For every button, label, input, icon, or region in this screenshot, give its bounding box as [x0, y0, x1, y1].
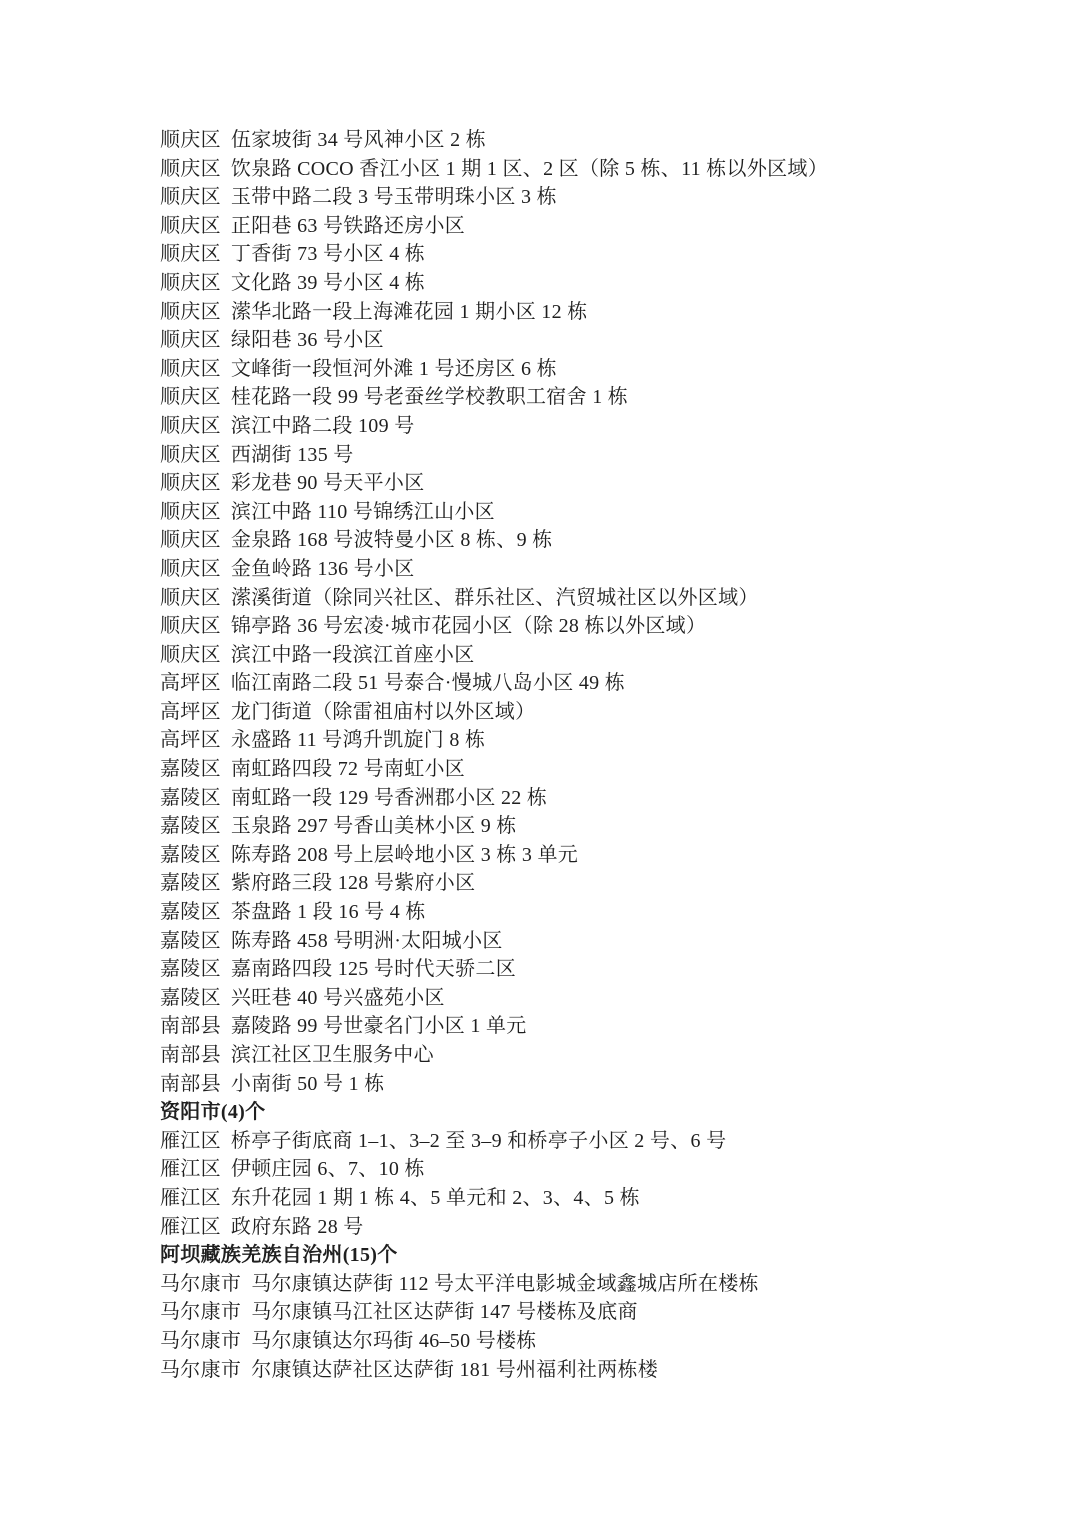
address-text: 伍家坡街 34 号风神小区 2 栋 [231, 129, 486, 151]
list-item: 顺庆区彩龙巷 90 号天平小区 [160, 469, 1040, 498]
address-text: 西湖街 135 号 [231, 444, 354, 466]
list-item: 顺庆区潆溪街道（除同兴社区、群乐社区、汽贸城社区以外区域） [160, 584, 1040, 613]
list-item: 马尔康市马尔康镇达萨街 112 号太平洋电影城金域鑫城店所在楼栋 [160, 1270, 1040, 1299]
address-text: 潆华北路一段上海滩花园 1 期小区 12 栋 [231, 301, 588, 323]
address-text: 陈寿路 458 号明洲·太阳城小区 [231, 930, 503, 952]
district-label: 嘉陵区 [160, 869, 221, 898]
list-item: 顺庆区正阳巷 63 号铁路还房小区 [160, 212, 1040, 241]
list-item: 顺庆区文化路 39 号小区 4 栋 [160, 269, 1040, 298]
district-label: 嘉陵区 [160, 755, 221, 784]
list-item: 马尔康市马尔康镇马江社区达萨街 147 号楼栋及底商 [160, 1298, 1040, 1327]
district-label: 顺庆区 [160, 526, 221, 555]
address-text: 文峰街一段恒河外滩 1 号还房区 6 栋 [231, 358, 557, 380]
district-label: 顺庆区 [160, 183, 221, 212]
address-text: 兴旺巷 40 号兴盛苑小区 [231, 987, 445, 1009]
address-text: 金鱼岭路 136 号小区 [231, 558, 415, 580]
list-item: 南部县嘉陵路 99 号世豪名门小区 1 单元 [160, 1012, 1040, 1041]
district-label: 顺庆区 [160, 584, 221, 613]
list-item: 顺庆区滨江中路二段 109 号 [160, 412, 1040, 441]
district-label: 嘉陵区 [160, 784, 221, 813]
list-item: 马尔康市尔康镇达萨社区达萨街 181 号州福利社两栋楼 [160, 1356, 1040, 1385]
address-text: 滨江中路二段 109 号 [231, 415, 415, 437]
document-body: 顺庆区伍家坡街 34 号风神小区 2 栋顺庆区饮泉路 COCO 香江小区 1 期… [160, 126, 1040, 1384]
list-item: 顺庆区饮泉路 COCO 香江小区 1 期 1 区、2 区（除 5 栋、11 栋以… [160, 155, 1040, 184]
list-item: 顺庆区文峰街一段恒河外滩 1 号还房区 6 栋 [160, 355, 1040, 384]
district-label: 马尔康市 [160, 1270, 241, 1299]
list-item: 嘉陵区南虹路一段 129 号香洲郡小区 22 栋 [160, 784, 1040, 813]
list-item: 顺庆区伍家坡街 34 号风神小区 2 栋 [160, 126, 1040, 155]
district-label: 雁江区 [160, 1213, 221, 1242]
address-text: 滨江社区卫生服务中心 [231, 1044, 434, 1066]
list-item: 高坪区龙门街道（除雷祖庙村以外区域） [160, 698, 1040, 727]
district-label: 马尔康市 [160, 1298, 241, 1327]
district-label: 嘉陵区 [160, 841, 221, 870]
district-label: 高坪区 [160, 698, 221, 727]
district-label: 顺庆区 [160, 469, 221, 498]
district-label: 顺庆区 [160, 412, 221, 441]
address-text: 临江南路二段 51 号泰合·慢城八岛小区 49 栋 [231, 672, 625, 694]
list-item: 嘉陵区兴旺巷 40 号兴盛苑小区 [160, 984, 1040, 1013]
district-label: 顺庆区 [160, 155, 221, 184]
address-text: 永盛路 11 号鸿升凯旋门 8 栋 [231, 729, 485, 751]
district-label: 顺庆区 [160, 441, 221, 470]
list-item: 嘉陵区南虹路四段 72 号南虹小区 [160, 755, 1040, 784]
address-text: 绿阳巷 36 号小区 [231, 329, 384, 351]
address-text: 桥亭子街底商 1–1、3–2 至 3–9 和桥亭子小区 2 号、6 号 [231, 1130, 727, 1152]
address-text: 正阳巷 63 号铁路还房小区 [231, 215, 465, 237]
district-label: 雁江区 [160, 1184, 221, 1213]
district-label: 顺庆区 [160, 212, 221, 241]
district-label: 南部县 [160, 1041, 221, 1070]
list-item: 南部县滨江社区卫生服务中心 [160, 1041, 1040, 1070]
list-item: 顺庆区金鱼岭路 136 号小区 [160, 555, 1040, 584]
district-label: 顺庆区 [160, 298, 221, 327]
list-item: 雁江区桥亭子街底商 1–1、3–2 至 3–9 和桥亭子小区 2 号、6 号 [160, 1127, 1040, 1156]
address-text: 陈寿路 208 号上层岭地小区 3 栋 3 单元 [231, 844, 578, 866]
district-label: 雁江区 [160, 1155, 221, 1184]
address-text: 尔康镇达萨社区达萨街 181 号州福利社两栋楼 [251, 1359, 658, 1381]
district-label: 顺庆区 [160, 612, 221, 641]
address-text: 滨江中路 110 号锦绣江山小区 [231, 501, 495, 523]
address-text: 紫府路三段 128 号紫府小区 [231, 872, 476, 894]
address-text: 嘉陵路 99 号世豪名门小区 1 单元 [231, 1015, 527, 1037]
district-label: 顺庆区 [160, 383, 221, 412]
address-text: 小南街 50 号 1 栋 [231, 1073, 385, 1095]
district-label: 南部县 [160, 1012, 221, 1041]
list-item: 马尔康市马尔康镇达尔玛街 46–50 号楼栋 [160, 1327, 1040, 1356]
list-item: 顺庆区滨江中路 110 号锦绣江山小区 [160, 498, 1040, 527]
district-label: 顺庆区 [160, 269, 221, 298]
district-label: 顺庆区 [160, 641, 221, 670]
address-text: 嘉南路四段 125 号时代天骄二区 [231, 958, 516, 980]
address-text: 玉带中路二段 3 号玉带明珠小区 3 栋 [231, 186, 557, 208]
district-label: 嘉陵区 [160, 812, 221, 841]
address-text: 茶盘路 1 段 16 号 4 栋 [231, 901, 426, 923]
list-item: 顺庆区桂花路一段 99 号老蚕丝学校教职工宿舍 1 栋 [160, 383, 1040, 412]
address-text: 龙门街道（除雷祖庙村以外区域） [231, 701, 536, 723]
section-header: 阿坝藏族羌族自治州(15)个 [160, 1241, 1040, 1270]
list-item: 雁江区东升花园 1 期 1 栋 4、5 单元和 2、3、4、5 栋 [160, 1184, 1040, 1213]
list-item: 嘉陵区紫府路三段 128 号紫府小区 [160, 869, 1040, 898]
district-label: 高坪区 [160, 726, 221, 755]
address-text: 东升花园 1 期 1 栋 4、5 单元和 2、3、4、5 栋 [231, 1187, 640, 1209]
district-label: 嘉陵区 [160, 898, 221, 927]
district-label: 嘉陵区 [160, 927, 221, 956]
list-item: 雁江区伊顿庄园 6、7、10 栋 [160, 1155, 1040, 1184]
address-text: 丁香街 73 号小区 4 栋 [231, 243, 425, 265]
address-text: 滨江中路一段滨江首座小区 [231, 644, 475, 666]
address-text: 饮泉路 COCO 香江小区 1 期 1 区、2 区（除 5 栋、11 栋以外区域… [231, 158, 828, 180]
district-label: 马尔康市 [160, 1327, 241, 1356]
address-text: 文化路 39 号小区 4 栋 [231, 272, 425, 294]
district-label: 顺庆区 [160, 498, 221, 527]
address-text: 马尔康镇达萨街 112 号太平洋电影城金域鑫城店所在楼栋 [251, 1273, 759, 1295]
district-label: 顺庆区 [160, 126, 221, 155]
list-item: 顺庆区玉带中路二段 3 号玉带明珠小区 3 栋 [160, 183, 1040, 212]
list-item: 南部县小南街 50 号 1 栋 [160, 1070, 1040, 1099]
district-label: 顺庆区 [160, 240, 221, 269]
address-text: 彩龙巷 90 号天平小区 [231, 472, 425, 494]
list-item: 顺庆区丁香街 73 号小区 4 栋 [160, 240, 1040, 269]
list-item: 顺庆区金泉路 168 号波特曼小区 8 栋、9 栋 [160, 526, 1040, 555]
district-label: 雁江区 [160, 1127, 221, 1156]
district-label: 高坪区 [160, 669, 221, 698]
district-label: 顺庆区 [160, 355, 221, 384]
document-page: 顺庆区伍家坡街 34 号风神小区 2 栋顺庆区饮泉路 COCO 香江小区 1 期… [0, 0, 1080, 1526]
list-item: 高坪区永盛路 11 号鸿升凯旋门 8 栋 [160, 726, 1040, 755]
list-item: 嘉陵区玉泉路 297 号香山美林小区 9 栋 [160, 812, 1040, 841]
address-text: 伊顿庄园 6、7、10 栋 [231, 1158, 425, 1180]
list-item: 嘉陵区茶盘路 1 段 16 号 4 栋 [160, 898, 1040, 927]
address-text: 马尔康镇达尔玛街 46–50 号楼栋 [251, 1330, 536, 1352]
address-text: 桂花路一段 99 号老蚕丝学校教职工宿舍 1 栋 [231, 386, 628, 408]
district-label: 顺庆区 [160, 555, 221, 584]
list-item: 嘉陵区陈寿路 208 号上层岭地小区 3 栋 3 单元 [160, 841, 1040, 870]
list-item: 顺庆区西湖街 135 号 [160, 441, 1040, 470]
list-item: 顺庆区滨江中路一段滨江首座小区 [160, 641, 1040, 670]
section-header: 资阳市(4)个 [160, 1098, 1040, 1127]
district-label: 顺庆区 [160, 326, 221, 355]
list-item: 顺庆区锦亭路 36 号宏凌·城市花园小区（除 28 栋以外区域） [160, 612, 1040, 641]
list-item: 嘉陵区陈寿路 458 号明洲·太阳城小区 [160, 927, 1040, 956]
district-label: 嘉陵区 [160, 984, 221, 1013]
list-item: 顺庆区绿阳巷 36 号小区 [160, 326, 1040, 355]
district-label: 嘉陵区 [160, 955, 221, 984]
district-label: 南部县 [160, 1070, 221, 1099]
address-text: 金泉路 168 号波特曼小区 8 栋、9 栋 [231, 529, 553, 551]
address-text: 马尔康镇马江社区达萨街 147 号楼栋及底商 [251, 1301, 638, 1323]
list-item: 嘉陵区嘉南路四段 125 号时代天骄二区 [160, 955, 1040, 984]
address-text: 锦亭路 36 号宏凌·城市花园小区（除 28 栋以外区域） [231, 615, 706, 637]
list-item: 雁江区政府东路 28 号 [160, 1213, 1040, 1242]
district-label: 马尔康市 [160, 1356, 241, 1385]
list-item: 高坪区临江南路二段 51 号泰合·慢城八岛小区 49 栋 [160, 669, 1040, 698]
address-text: 玉泉路 297 号香山美林小区 9 栋 [231, 815, 517, 837]
address-text: 潆溪街道（除同兴社区、群乐社区、汽贸城社区以外区域） [231, 587, 759, 609]
address-text: 南虹路一段 129 号香洲郡小区 22 栋 [231, 787, 547, 809]
list-item: 顺庆区潆华北路一段上海滩花园 1 期小区 12 栋 [160, 298, 1040, 327]
address-text: 政府东路 28 号 [231, 1216, 364, 1238]
address-text: 南虹路四段 72 号南虹小区 [231, 758, 465, 780]
